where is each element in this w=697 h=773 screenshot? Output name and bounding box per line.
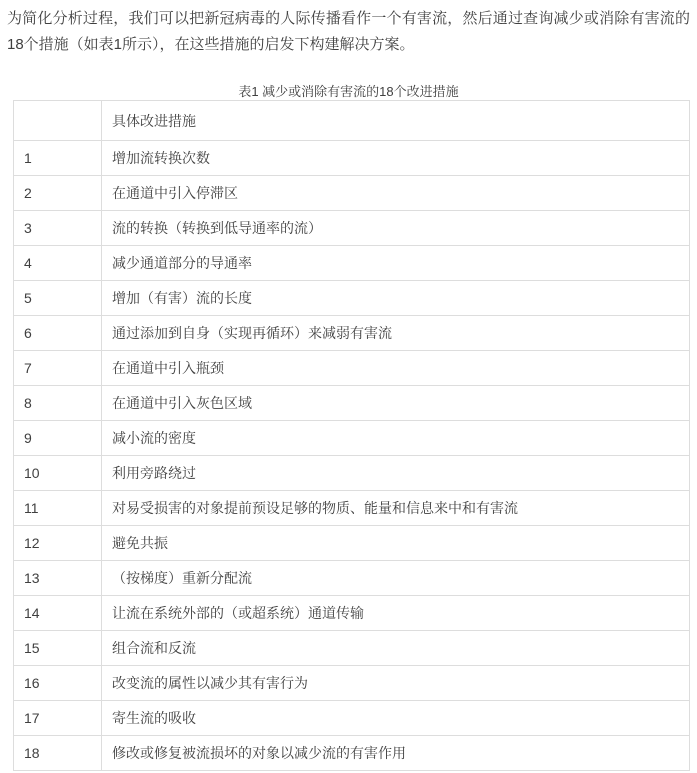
table-row: 7在通道中引入瓶颈 [14, 351, 690, 386]
row-measure-cell: 通过添加到自身（实现再循环）来减弱有害流 [102, 316, 690, 351]
row-measure-cell: 流的转换（转换到低导通率的流） [102, 211, 690, 246]
row-number-cell: 5 [14, 281, 102, 316]
table-row: 5增加（有害）流的长度 [14, 281, 690, 316]
row-number-cell: 18 [14, 736, 102, 771]
table-row: 11对易受损害的对象提前预设足够的物质、能量和信息来中和有害流 [14, 491, 690, 526]
row-number-cell: 16 [14, 666, 102, 701]
header-measure-cell: 具体改进措施 [102, 101, 690, 141]
table-row: 9减小流的密度 [14, 421, 690, 456]
table-row: 15组合流和反流 [14, 631, 690, 666]
row-measure-cell: 在通道中引入灰色区域 [102, 386, 690, 421]
table-row: 4减少通道部分的导通率 [14, 246, 690, 281]
row-measure-cell: 让流在系统外部的（或超系统）通道传输 [102, 596, 690, 631]
row-measure-cell: 组合流和反流 [102, 631, 690, 666]
row-number-cell: 6 [14, 316, 102, 351]
table-row: 6通过添加到自身（实现再循环）来减弱有害流 [14, 316, 690, 351]
row-number-cell: 2 [14, 176, 102, 211]
table-row: 8在通道中引入灰色区域 [14, 386, 690, 421]
row-measure-cell: 增加（有害）流的长度 [102, 281, 690, 316]
row-number-cell: 11 [14, 491, 102, 526]
row-number-cell: 13 [14, 561, 102, 596]
row-number-cell: 3 [14, 211, 102, 246]
row-number-cell: 7 [14, 351, 102, 386]
table-row: 13（按梯度）重新分配流 [14, 561, 690, 596]
row-measure-cell: （按梯度）重新分配流 [102, 561, 690, 596]
row-number-cell: 15 [14, 631, 102, 666]
table-row: 10利用旁路绕过 [14, 456, 690, 491]
row-measure-cell: 避免共振 [102, 526, 690, 561]
row-measure-cell: 减少通道部分的导通率 [102, 246, 690, 281]
row-measure-cell: 减小流的密度 [102, 421, 690, 456]
table-caption: 表1 减少或消除有害流的18个改进措施 [0, 85, 697, 99]
table-row: 18修改或修复被流损坏的对象以减少流的有害作用 [14, 736, 690, 771]
row-measure-cell: 对易受损害的对象提前预设足够的物质、能量和信息来中和有害流 [102, 491, 690, 526]
measures-table-body: 1增加流转换次数2在通道中引入停滞区3流的转换（转换到低导通率的流）4减少通道部… [14, 141, 690, 771]
row-measure-cell: 修改或修复被流损坏的对象以减少流的有害作用 [102, 736, 690, 771]
row-number-cell: 17 [14, 701, 102, 736]
table-row: 3流的转换（转换到低导通率的流） [14, 211, 690, 246]
row-number-cell: 10 [14, 456, 102, 491]
header-number-cell [14, 101, 102, 141]
row-number-cell: 9 [14, 421, 102, 456]
table-row: 1增加流转换次数 [14, 141, 690, 176]
table-row: 12避免共振 [14, 526, 690, 561]
intro-paragraph: 为简化分析过程，我们可以把新冠病毒的人际传播看作一个有害流，然后通过查询减少或消… [0, 0, 697, 58]
table-row: 14让流在系统外部的（或超系统）通道传输 [14, 596, 690, 631]
row-measure-cell: 寄生流的吸收 [102, 701, 690, 736]
row-measure-cell: 在通道中引入瓶颈 [102, 351, 690, 386]
row-measure-cell: 改变流的属性以减少其有害行为 [102, 666, 690, 701]
row-number-cell: 4 [14, 246, 102, 281]
measures-table: 具体改进措施 1增加流转换次数2在通道中引入停滞区3流的转换（转换到低导通率的流… [13, 100, 690, 771]
row-number-cell: 14 [14, 596, 102, 631]
row-number-cell: 12 [14, 526, 102, 561]
header-row: 具体改进措施 [14, 101, 690, 141]
row-measure-cell: 利用旁路绕过 [102, 456, 690, 491]
measures-table-head: 具体改进措施 [14, 101, 690, 141]
table-row: 2在通道中引入停滞区 [14, 176, 690, 211]
table-row: 16改变流的属性以减少其有害行为 [14, 666, 690, 701]
row-measure-cell: 增加流转换次数 [102, 141, 690, 176]
table-row: 17寄生流的吸收 [14, 701, 690, 736]
row-number-cell: 8 [14, 386, 102, 421]
row-measure-cell: 在通道中引入停滞区 [102, 176, 690, 211]
row-number-cell: 1 [14, 141, 102, 176]
